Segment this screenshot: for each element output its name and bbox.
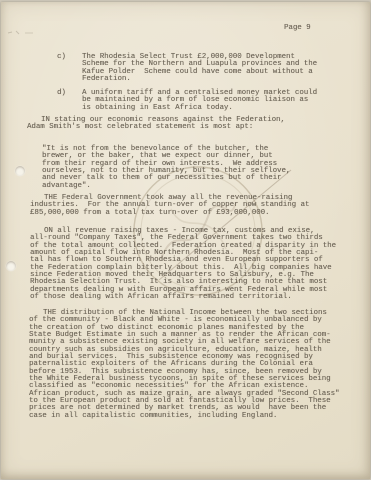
list-item-d-text: A uniform tariff and a centralised money…: [82, 90, 317, 112]
list-item-c-label: c): [57, 54, 66, 61]
list-item-c-text: The Rhodesia Select Trust £2,000,000 Dev…: [82, 54, 317, 83]
paragraph-quote: "It is not from the benevolance of the b…: [42, 146, 290, 190]
paragraph-taxes: ON all revenue raising taxes - Income ta…: [30, 228, 336, 301]
list-item-d-label: d): [57, 90, 66, 97]
paragraph-national-income: THE distribution of the National Income …: [29, 310, 339, 420]
punch-hole-top: [15, 166, 25, 176]
pencil-marks: [7, 29, 41, 37]
paragraph-federal: THE Federal Government took away all the…: [30, 195, 309, 217]
document-page: Page 9 c) The Rhodesia Select Trust £2,0…: [1, 2, 370, 479]
punch-hole-bottom: [6, 261, 16, 271]
page-number: Page 9: [284, 25, 311, 32]
paragraph-intro: IN stating our economic reasons against …: [27, 117, 285, 132]
